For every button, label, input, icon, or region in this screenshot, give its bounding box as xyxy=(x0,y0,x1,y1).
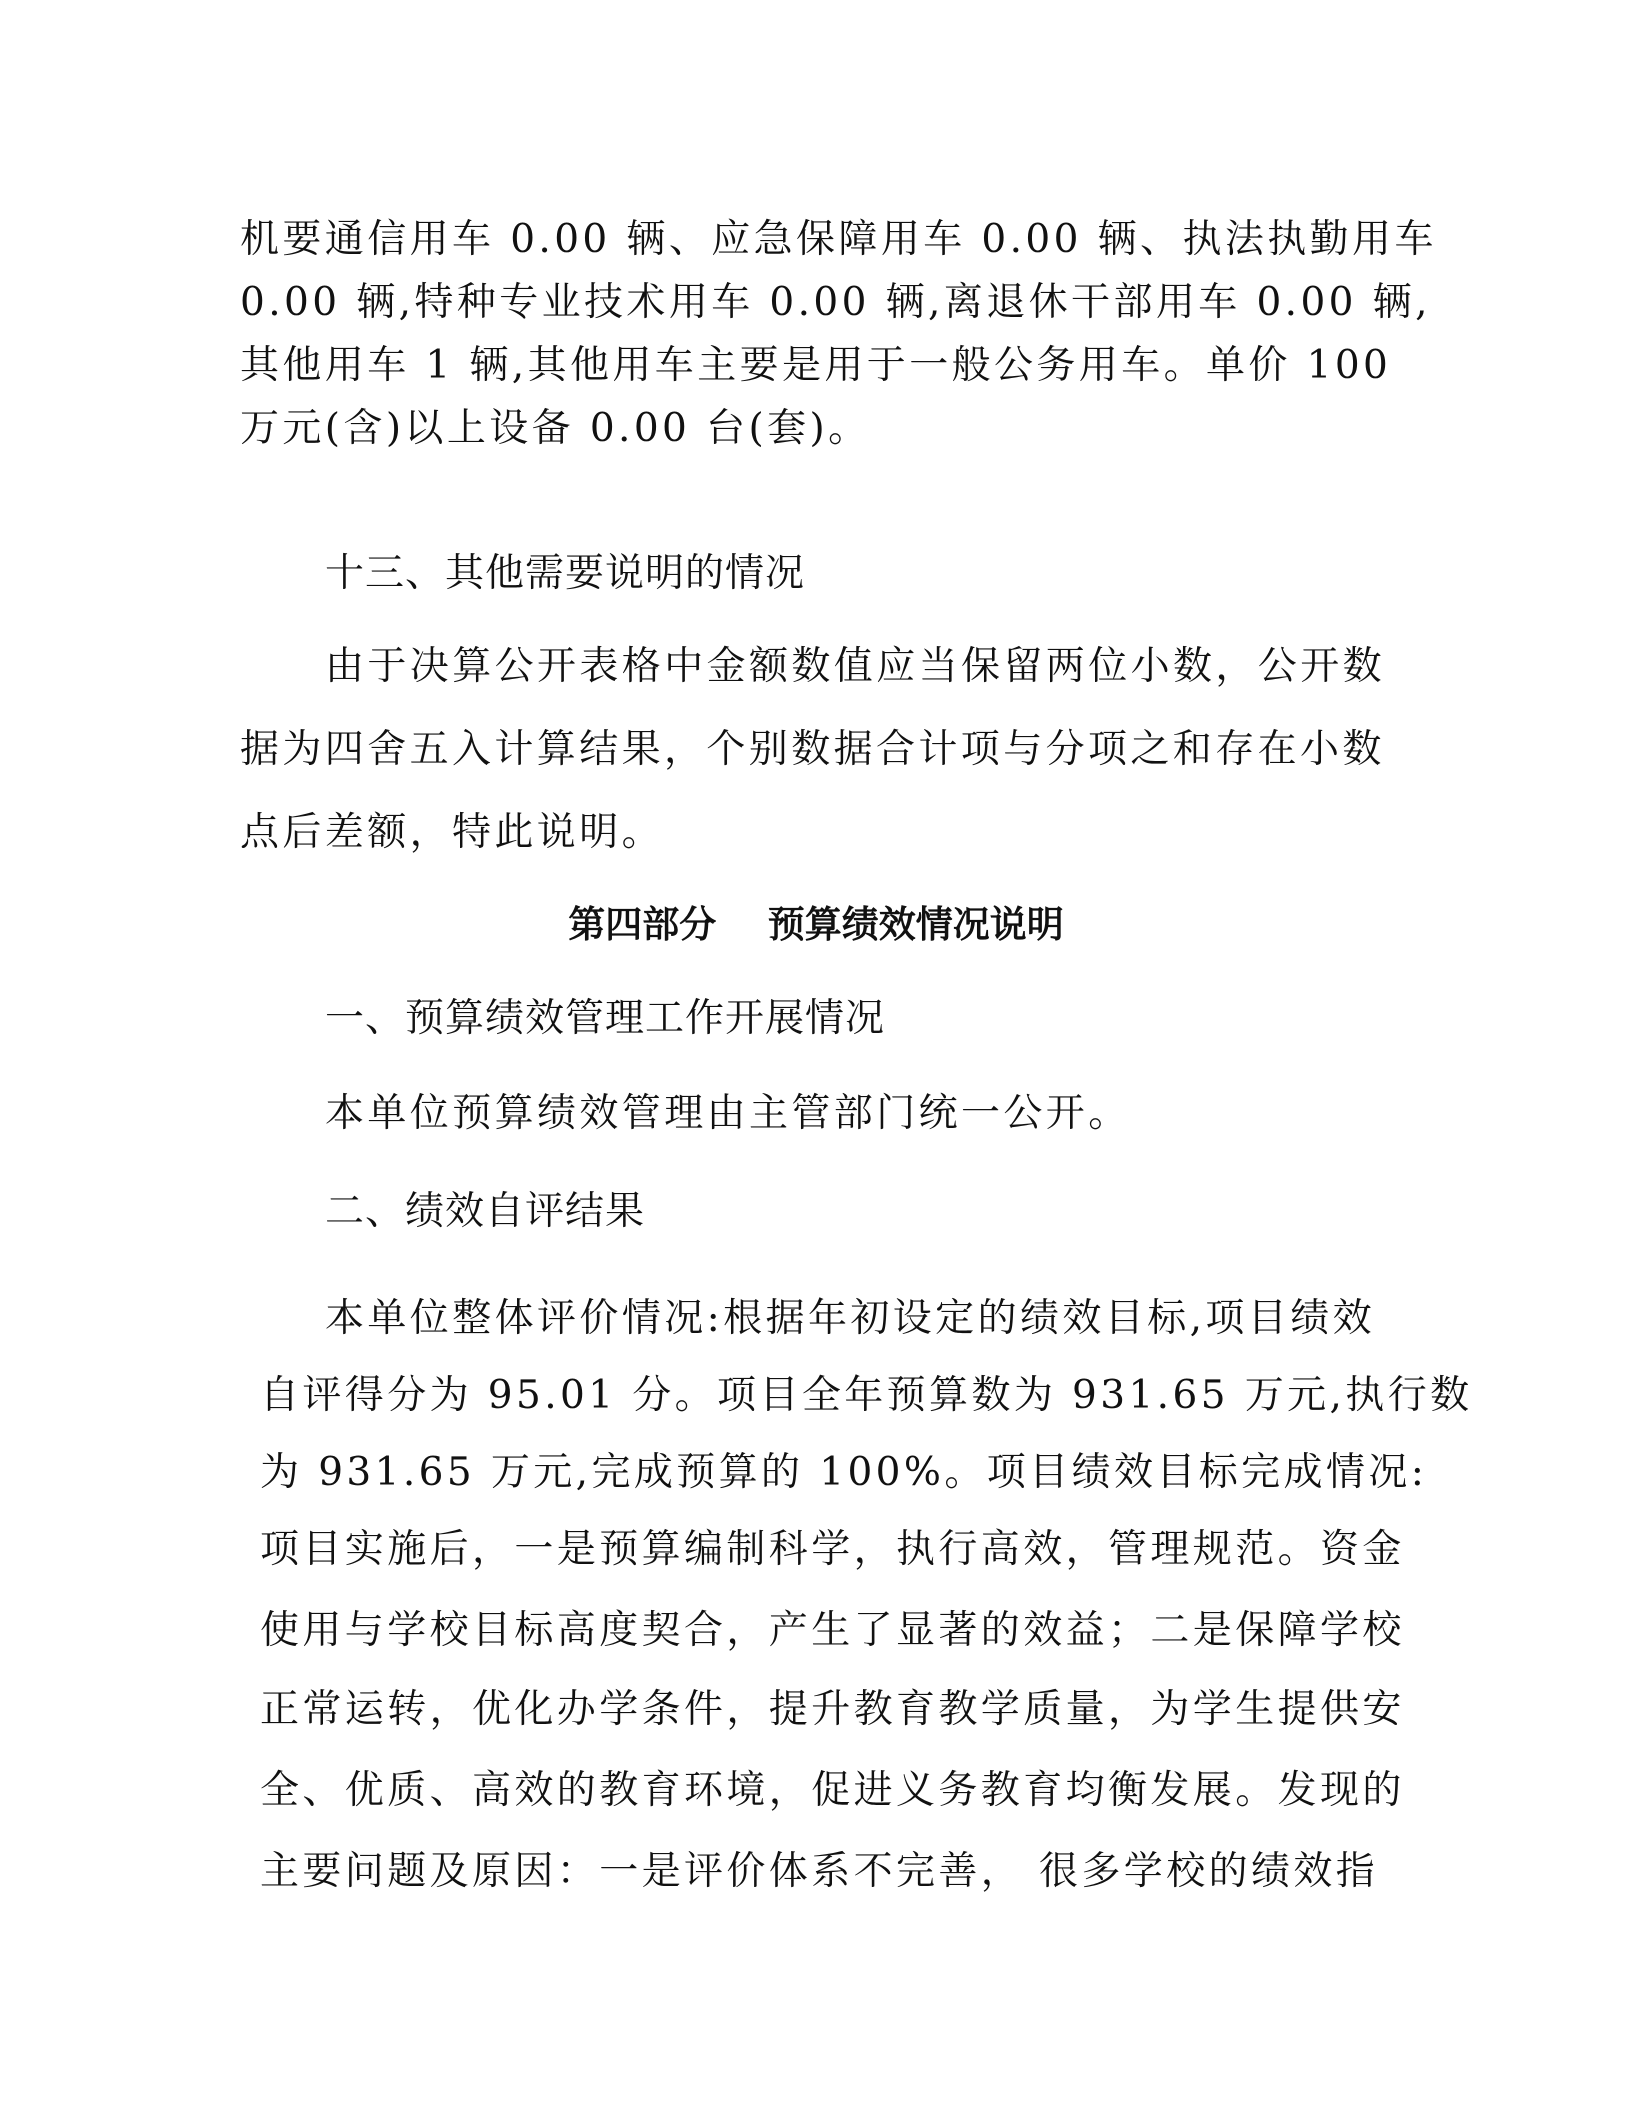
body-text-line: 主要问题及原因：一是评价体系不完善， 很多学校的绩效指 xyxy=(260,1848,1375,1896)
body-text-line: 0.00 辆,特种专业技术用车 0.00 辆,离退休干部用车 0.00 辆, xyxy=(240,279,1375,327)
part-title: 第四部分 预算绩效情况说明 xyxy=(0,900,1632,948)
section-heading-1: 一、预算绩效管理工作开展情况 xyxy=(325,995,885,1043)
document-page: 机要通信用车 0.00 辆、应急保障用车 0.00 辆、执法执勤用车 0.00 … xyxy=(0,0,1632,2112)
section-heading-2: 二、绩效自评结果 xyxy=(325,1188,645,1236)
body-text-line: 据为四舍五入计算结果，个别数据合计项与分项之和存在小数 xyxy=(240,726,1375,774)
body-text-line: 本单位整体评价情况:根据年初设定的绩效目标,项目绩效 xyxy=(325,1295,1375,1343)
body-text-line: 为 931.65 万元,完成预算的 100%。项目绩效目标完成情况: xyxy=(260,1449,1375,1497)
body-text-line: 正常运转，优化办学条件，提升教育教学质量，为学生提供安 xyxy=(260,1686,1375,1734)
body-text-line: 全、优质、高效的教育环境，促进义务教育均衡发展。发现的 xyxy=(260,1767,1375,1815)
body-text-line: 其他用车 1 辆,其他用车主要是用于一般公务用车。单价 100 xyxy=(240,342,1375,390)
body-text-line: 自评得分为 95.01 分。项目全年预算数为 931.65 万元,执行数 xyxy=(260,1372,1375,1420)
body-text-line: 机要通信用车 0.00 辆、应急保障用车 0.00 辆、执法执勤用车 xyxy=(240,216,1375,264)
section-heading-13: 十三、其他需要说明的情况 xyxy=(325,550,805,598)
body-text-line: 由于决算公开表格中金额数值应当保留两位小数，公开数 xyxy=(325,643,1375,691)
body-text-line: 使用与学校目标高度契合，产生了显著的效益；二是保障学校 xyxy=(260,1607,1375,1655)
body-text-line: 本单位预算绩效管理由主管部门统一公开。 xyxy=(325,1090,1131,1138)
body-text-line: 万元(含)以上设备 0.00 台(套)。 xyxy=(240,405,871,453)
body-text-line: 项目实施后，一是预算编制科学，执行高效，管理规范。资金 xyxy=(260,1526,1375,1574)
body-text-line: 点后差额，特此说明。 xyxy=(240,809,664,857)
